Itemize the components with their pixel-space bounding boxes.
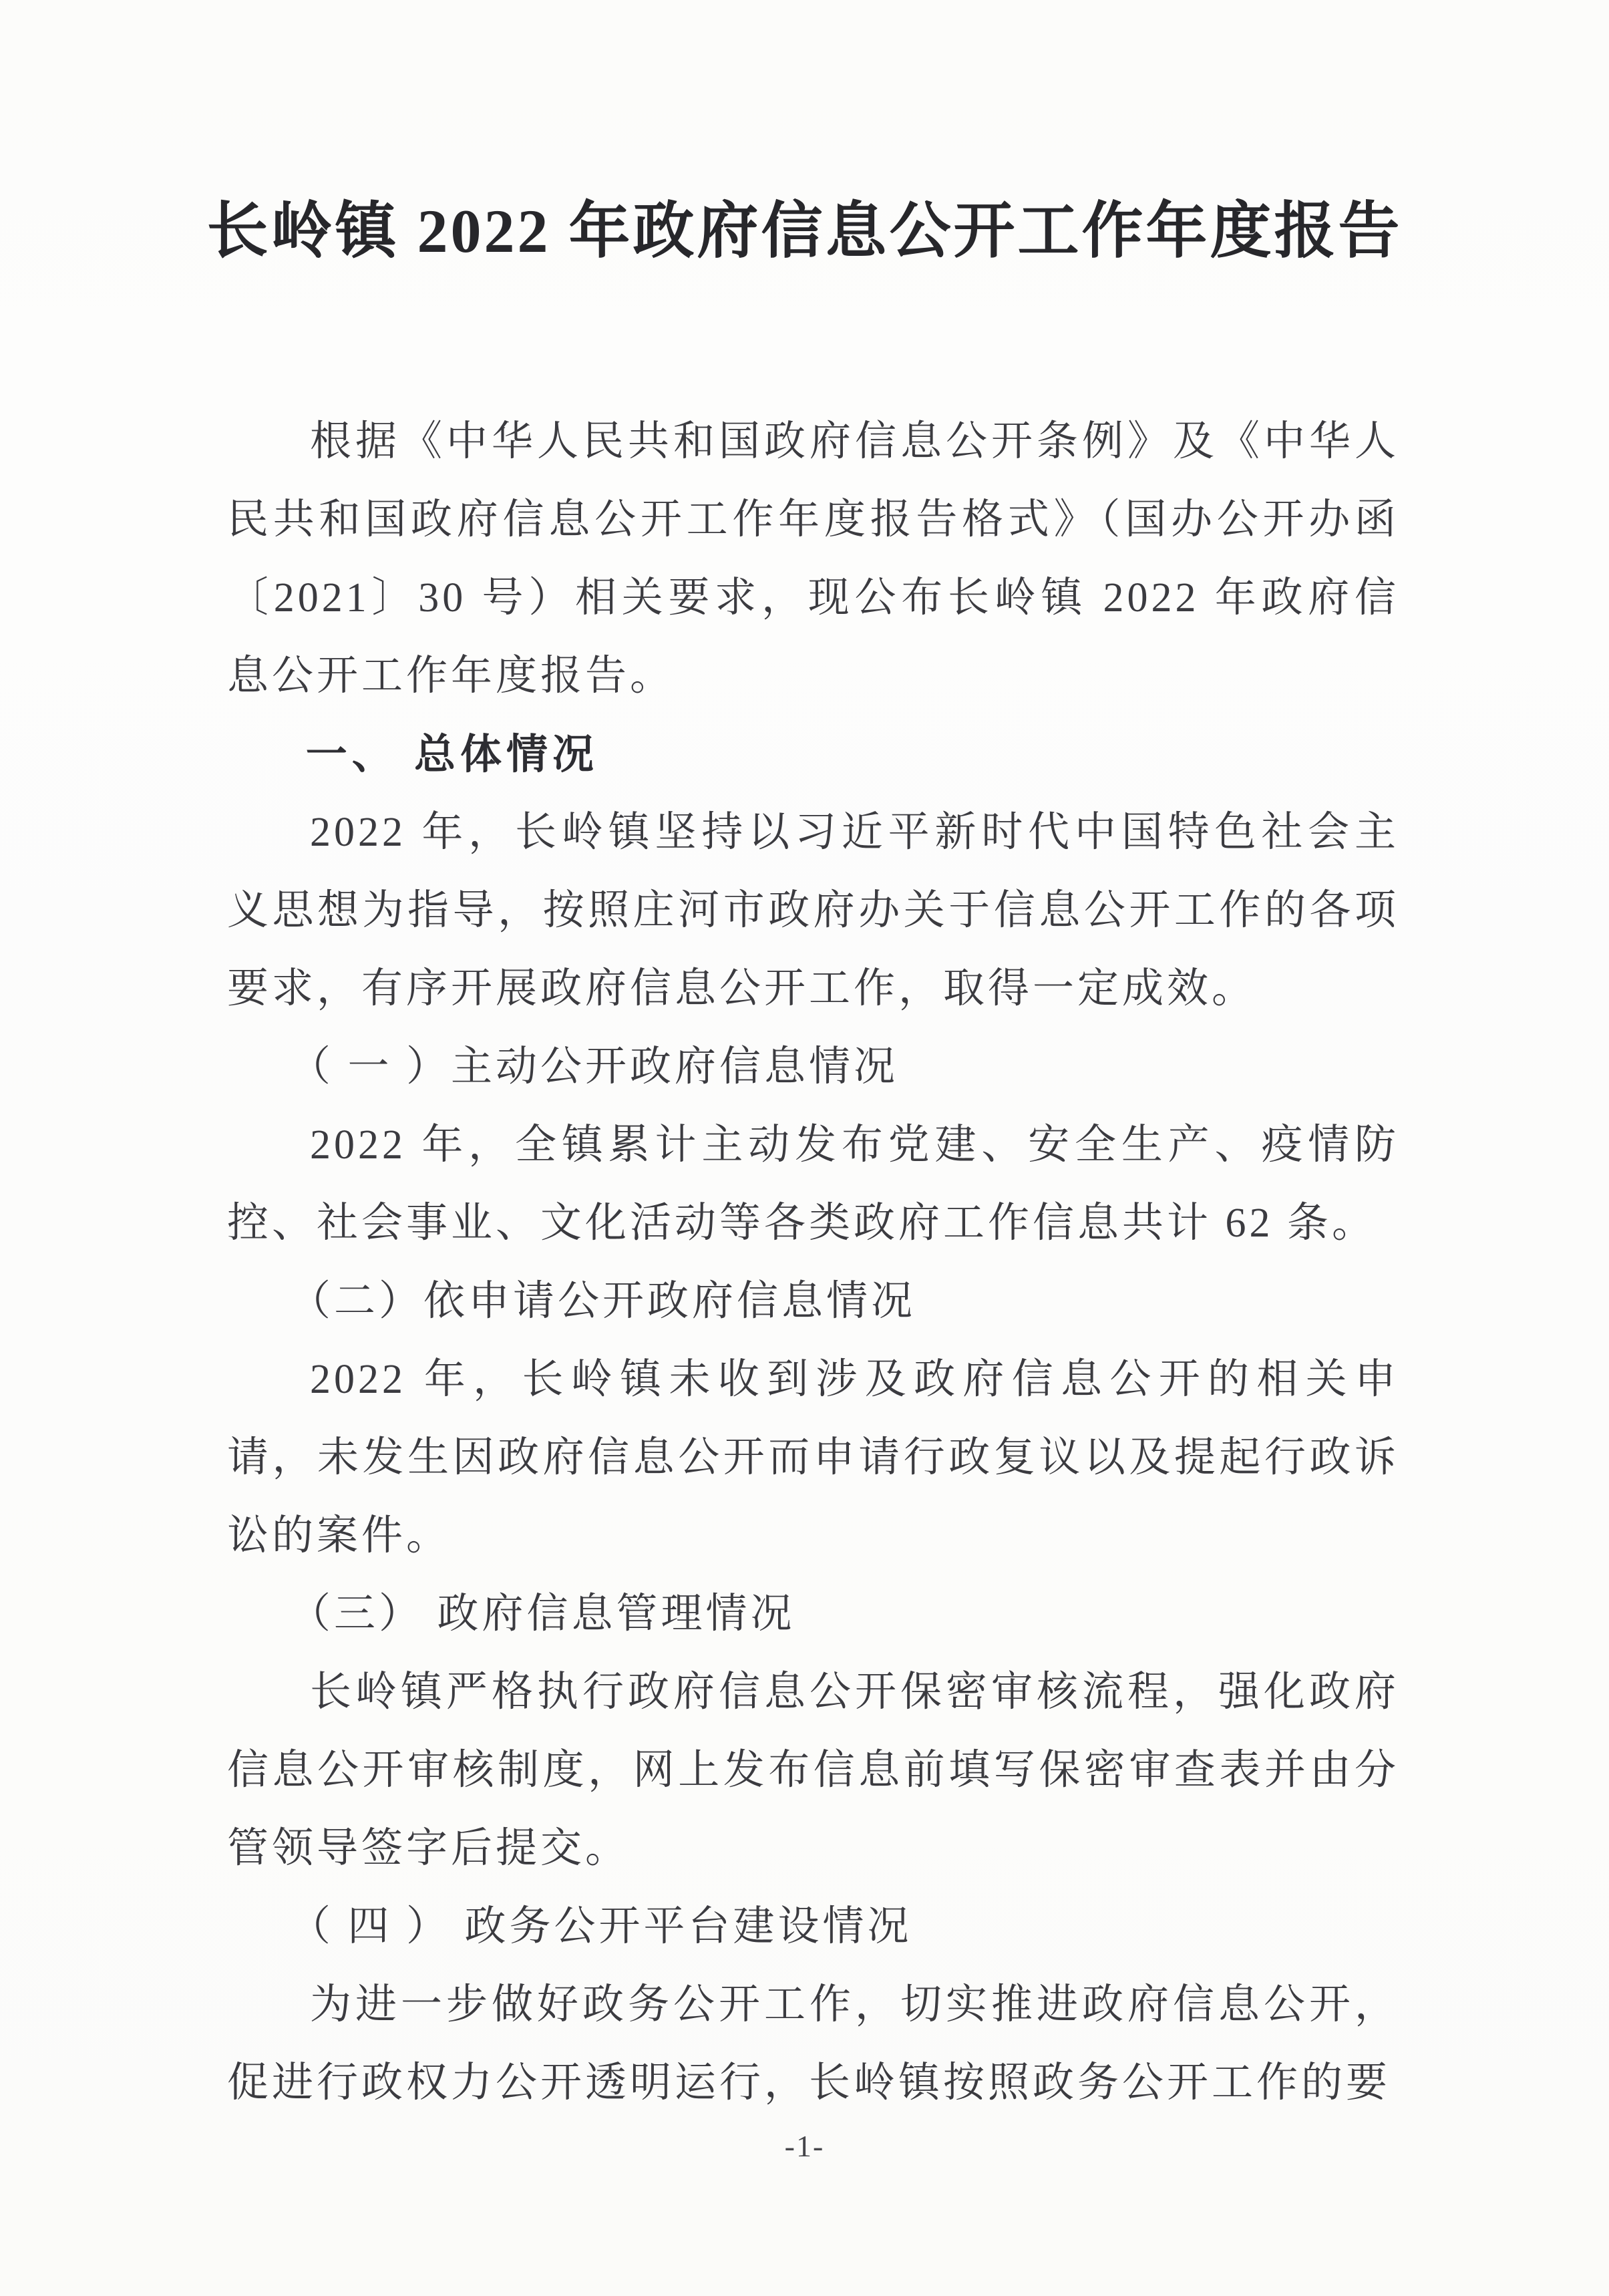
section-heading-overview: 一、 总体情况 bbox=[227, 715, 1399, 794]
document-page: 长岭镇 2022 年政府信息公开工作年度报告 根据《中华人民共和国政府信息公开条… bbox=[0, 0, 1609, 2296]
subsection-heading-proactive-disclosure: （ 一 ）主动公开政府信息情况 bbox=[227, 1028, 1399, 1106]
document-title: 长岭镇 2022 年政府信息公开工作年度报告 bbox=[0, 0, 1609, 264]
subsection-heading-disclosure-upon-request: （二）依申请公开政府信息情况 bbox=[227, 1263, 1399, 1341]
disclosure-upon-request-paragraph: 2022 年，长岭镇未收到涉及政府信息公开的相关申请，未发生因政府信息公开而申请… bbox=[227, 1341, 1399, 1575]
subsection-heading-information-management: （三） 政府信息管理情况 bbox=[227, 1575, 1399, 1653]
document-body: 根据《中华人民共和国政府信息公开条例》及《中华人民共和国政府信息公开工作年度报告… bbox=[227, 403, 1399, 2122]
intro-paragraph: 根据《中华人民共和国政府信息公开条例》及《中华人民共和国政府信息公开工作年度报告… bbox=[227, 403, 1399, 715]
platform-construction-paragraph: 为进一步做好政务公开工作，切实推进政府信息公开，促进行政权力公开透明运行，长岭镇… bbox=[227, 1966, 1399, 2122]
page-number: -1- bbox=[0, 2125, 1609, 2168]
overview-paragraph: 2022 年，长岭镇坚持以习近平新时代中国特色社会主义思想为指导，按照庄河市政府… bbox=[227, 794, 1399, 1028]
proactive-disclosure-paragraph: 2022 年，全镇累计主动发布党建、安全生产、疫情防控、社会事业、文化活动等各类… bbox=[227, 1106, 1399, 1263]
subsection-heading-platform-construction: （ 四 ） 政务公开平台建设情况 bbox=[227, 1888, 1399, 1966]
information-management-paragraph: 长岭镇严格执行政府信息公开保密审核流程，强化政府信息公开审核制度，网上发布信息前… bbox=[227, 1653, 1399, 1888]
